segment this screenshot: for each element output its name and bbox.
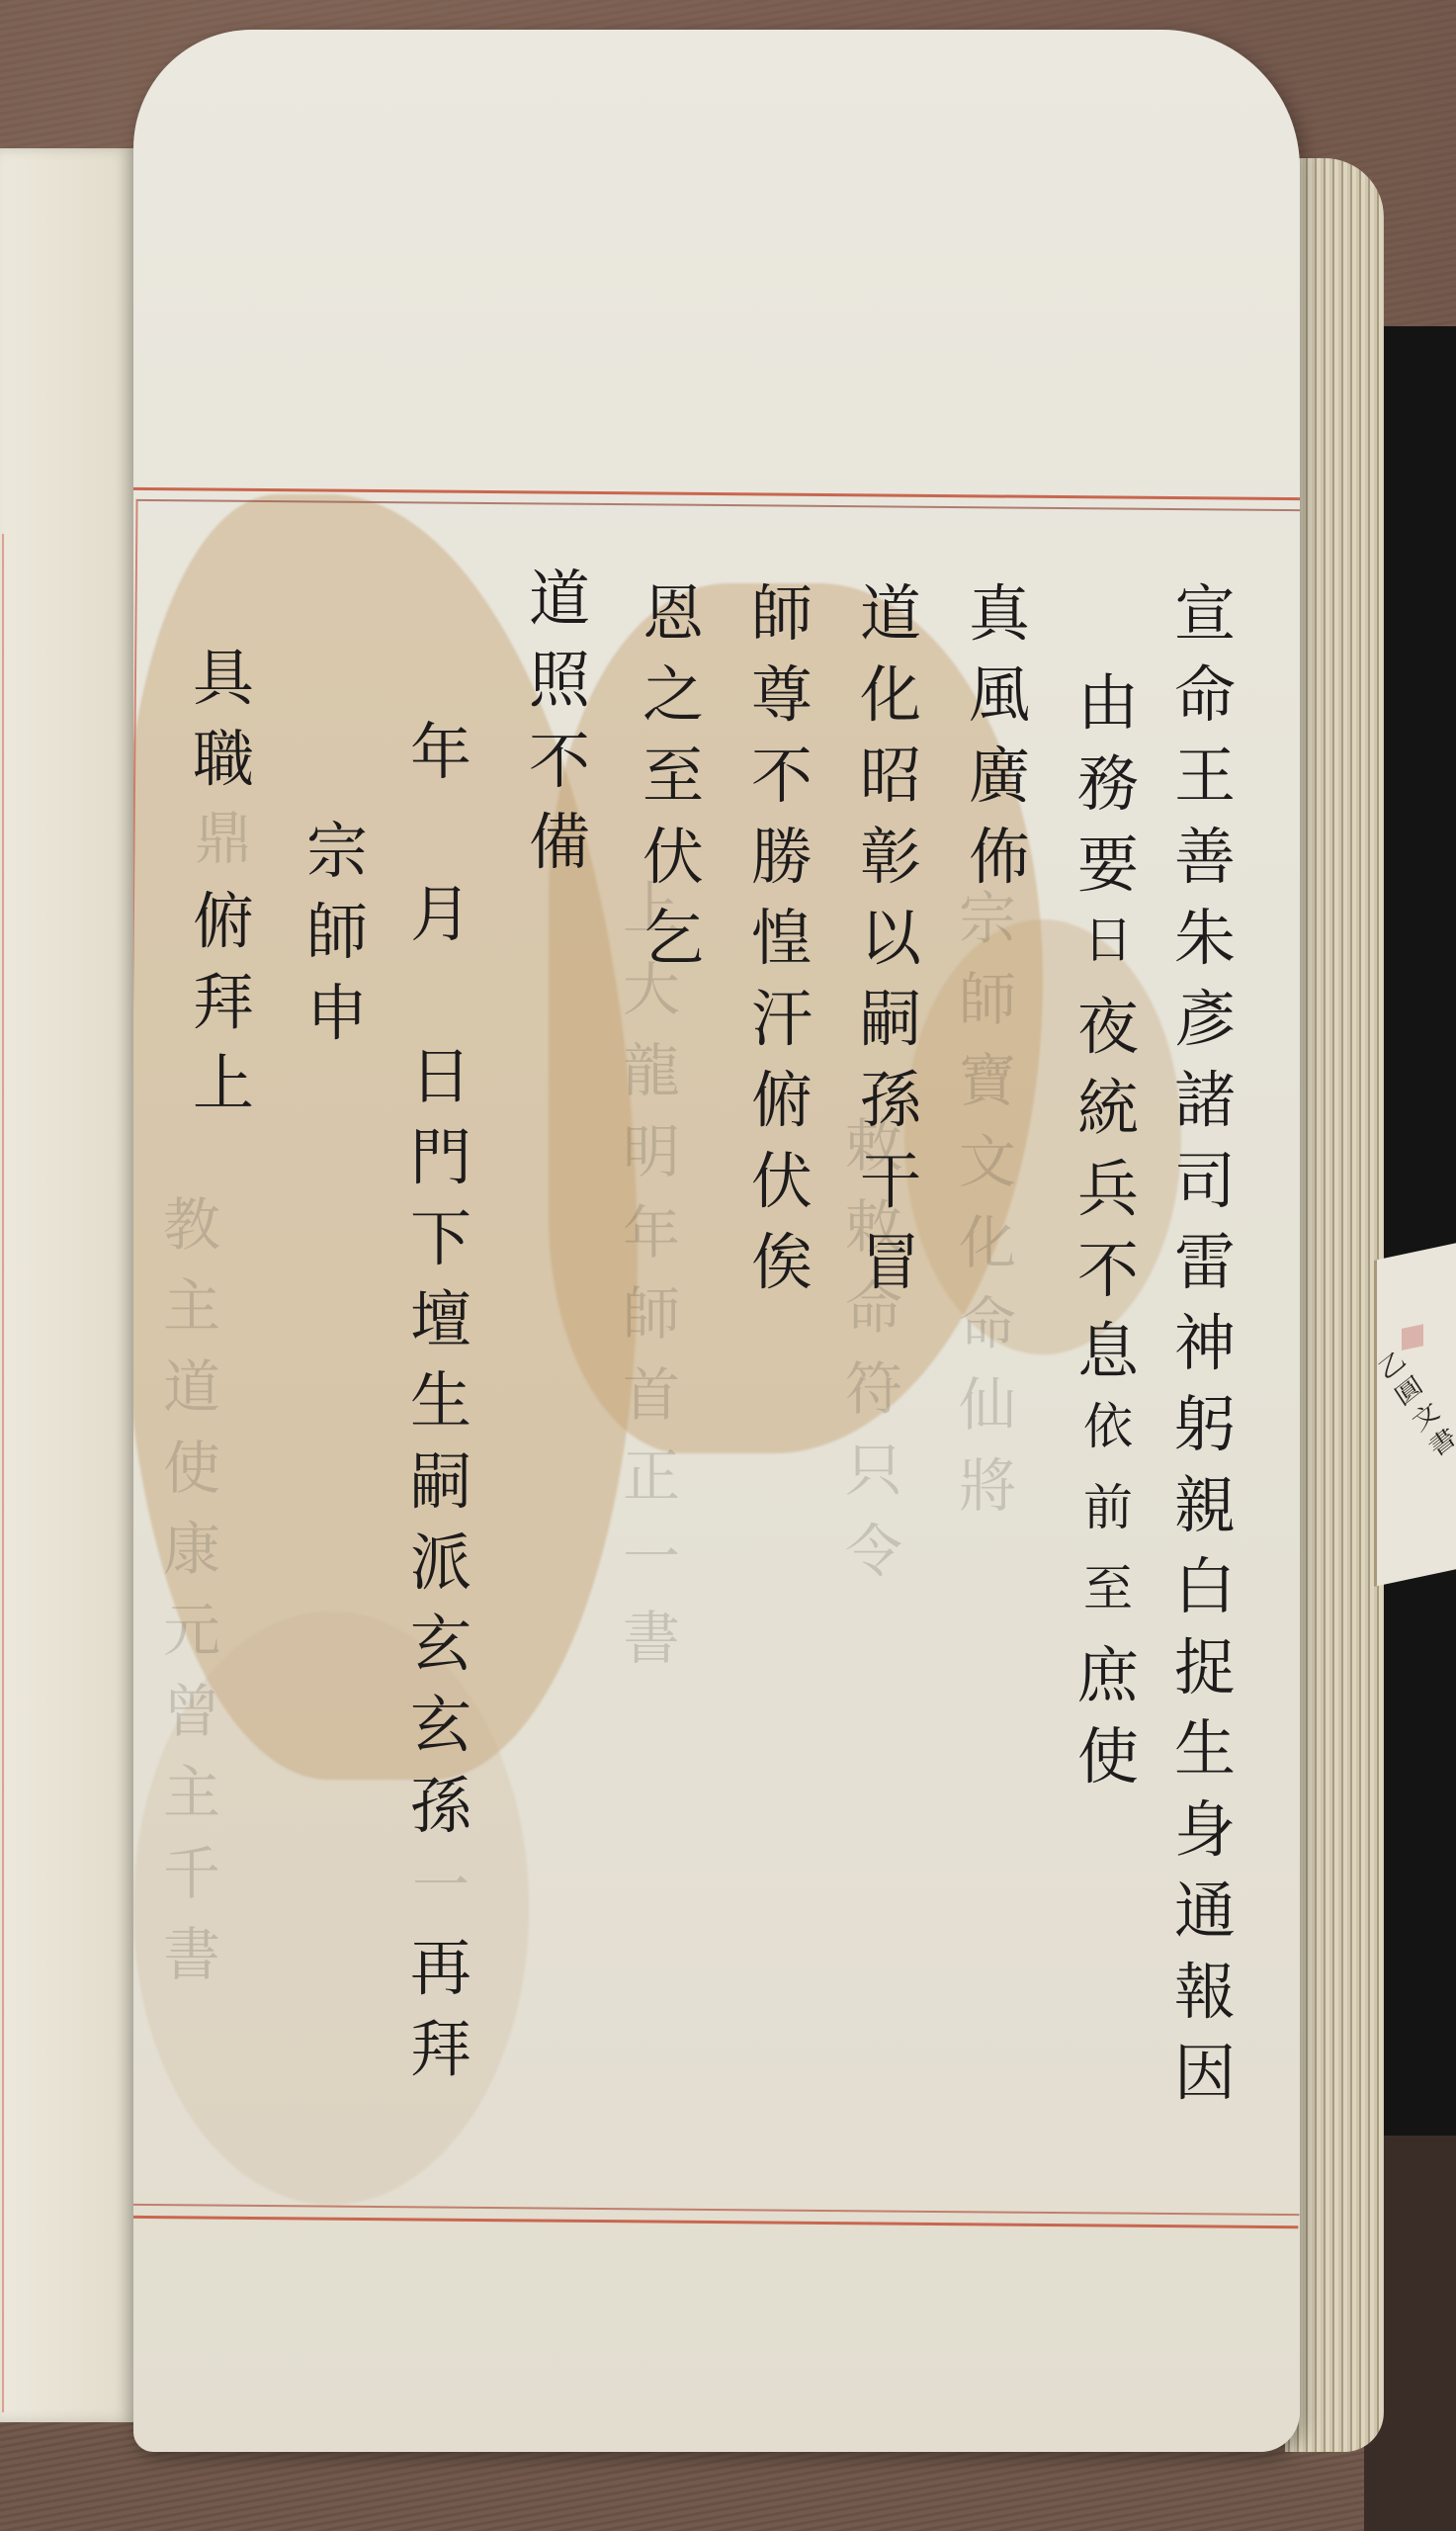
- text-column-3: 真風廣佈: [969, 583, 1030, 908]
- text-column-1: 宣 命王善朱彥諸司雷神躬親白捉生身通報因: [1174, 583, 1236, 2124]
- text-column-8: 年月日門下壇生嗣派玄玄孫一再拜: [410, 722, 471, 2100]
- facing-left-page: [0, 148, 133, 2422]
- column-text: 宣: [1174, 583, 1236, 664]
- text-column-6: 恩之至伏乞: [642, 583, 704, 989]
- bleed-through-text: 宗師寶文化命仙將: [959, 890, 1016, 1538]
- text-column-10: 具職鼎俯拜上: [193, 648, 254, 1134]
- text-column-4: 道化昭彰以嗣孫干冒: [860, 583, 921, 1313]
- text-column-7: 道照不備: [529, 568, 590, 893]
- bleed-through-text: 教主道使康元曾主千書: [163, 1196, 220, 2007]
- text-column-9: 宗師申: [306, 821, 368, 1064]
- red-seal-mark: [1402, 1324, 1423, 1351]
- text-column-5: 師尊不勝惶汗俯伏俟: [751, 583, 813, 1313]
- left-page-frame-fragment: [2, 534, 4, 2412]
- bleed-through-text: 上大龍明年師首正一書: [623, 880, 680, 1691]
- inserted-paper-slip: 乙 圓 文 書: [1374, 1241, 1456, 1587]
- document-page: 宗師寶文化命仙將 敕敕命符只令 上大龍明年師首正一書 教主道使康元曾主千書 宣 …: [133, 30, 1300, 2452]
- slip-text: 乙 圓 文 書: [1367, 1344, 1456, 1465]
- text-column-2: 由務要日夜統兵不息依前至庶使: [1077, 672, 1139, 1807]
- book-page-edges: [1285, 158, 1384, 2452]
